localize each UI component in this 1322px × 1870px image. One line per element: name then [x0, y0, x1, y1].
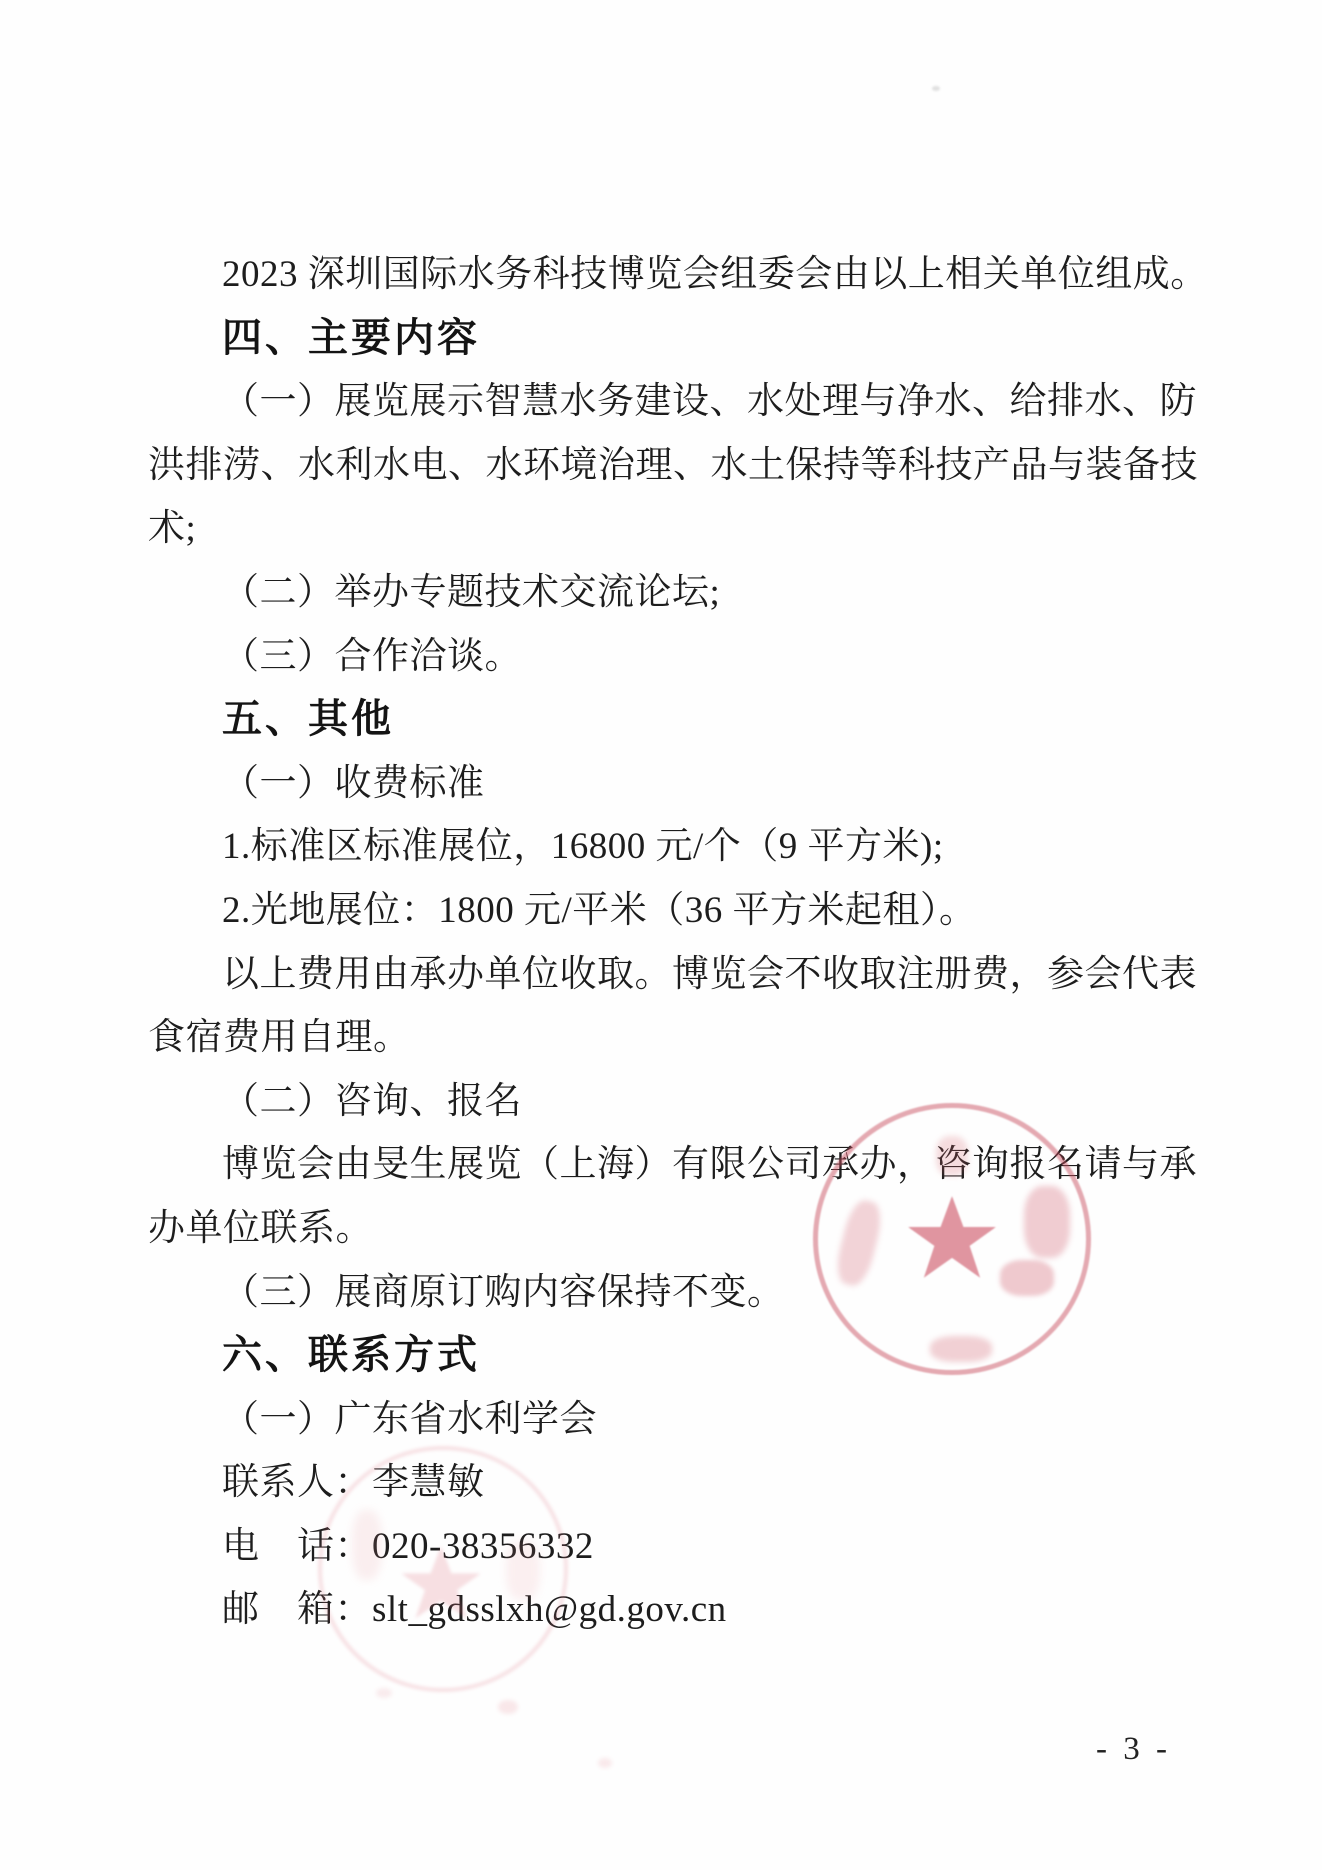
text-line: （二）咨询、报名 [148, 1070, 1188, 1134]
document-page: 2023 深圳国际水务科技博览会组委会由以上相关单位组成。四、主要内容（一）展览… [0, 0, 1322, 1870]
scan-speck [598, 1758, 612, 1768]
page-number: - 3 - [1096, 1731, 1171, 1768]
section-heading: 五、其他 [148, 688, 1188, 752]
section-heading: 四、主要内容 [148, 307, 1188, 371]
text-line: 以上费用由承办单位收取。博览会不收取注册费，参会代表 [148, 943, 1188, 1007]
text-line: 电 话：020-38356332 [148, 1515, 1188, 1579]
text-line: （一）展览展示智慧水务建设、水处理与净水、给排水、防 [148, 370, 1188, 434]
section-heading: 六、联系方式 [148, 1324, 1188, 1388]
document-text-block: 2023 深圳国际水务科技博览会组委会由以上相关单位组成。四、主要内容（一）展览… [148, 243, 1188, 1642]
scan-speck [376, 1688, 392, 1698]
text-line: 1.标准区标准展位，16800 元/个（9 平方米); [148, 815, 1188, 879]
text-line: 2.光地展位：1800 元/平米（36 平方米起租）。 [148, 879, 1188, 943]
text-line: （三）合作洽谈。 [148, 625, 1188, 689]
text-line: 办单位联系。 [148, 1197, 1188, 1261]
text-line: 博览会由旻生展览（上海）有限公司承办，咨询报名请与承 [148, 1133, 1188, 1197]
text-line: 食宿费用自理。 [148, 1006, 1188, 1070]
scan-speck [498, 1700, 518, 1714]
text-line: 2023 深圳国际水务科技博览会组委会由以上相关单位组成。 [148, 243, 1188, 307]
text-line: 术; [148, 497, 1188, 561]
scan-speck [932, 86, 940, 91]
text-line: （二）举办专题技术交流论坛; [148, 561, 1188, 625]
text-line: 联系人：李慧敏 [148, 1451, 1188, 1515]
text-line: （一）收费标准 [148, 752, 1188, 816]
text-line: 邮 箱：slt_gdsslxh@gd.gov.cn [148, 1578, 1188, 1642]
text-line: 洪排涝、水利水电、水环境治理、水土保持等科技产品与装备技 [148, 434, 1188, 498]
text-line: （三）展商原订购内容保持不变。 [148, 1261, 1188, 1325]
text-line: （一）广东省水利学会 [148, 1388, 1188, 1452]
